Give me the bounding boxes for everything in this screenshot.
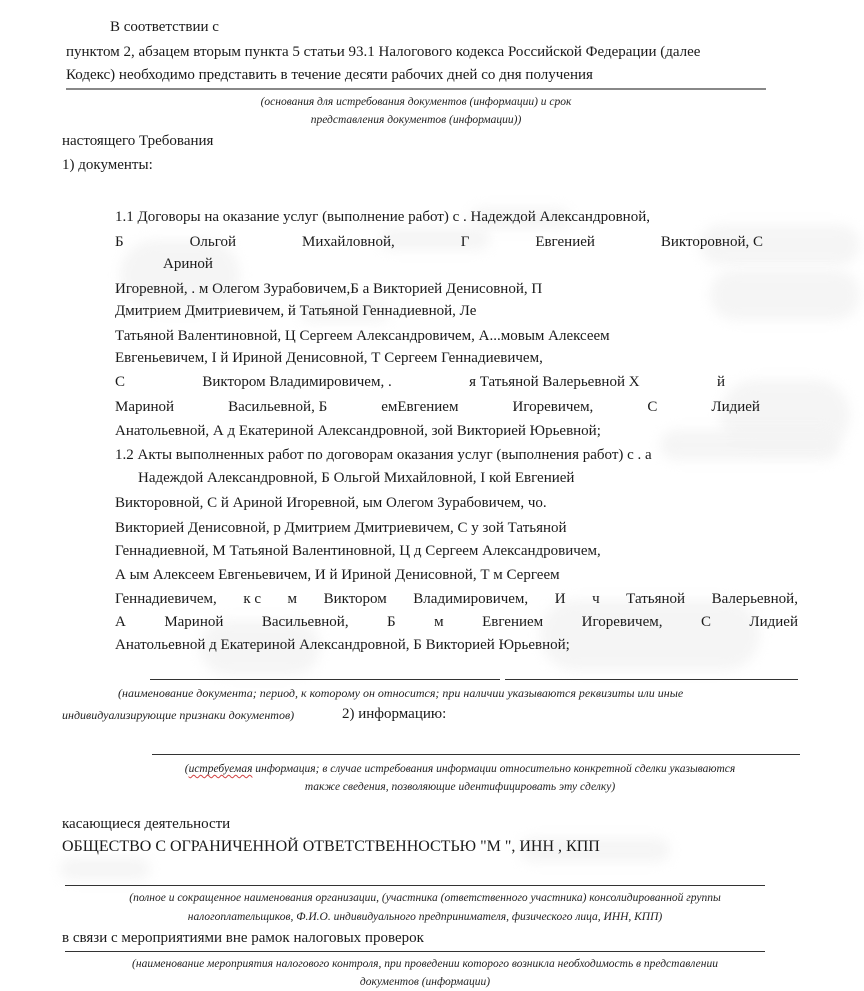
text-fragment: Виктором	[324, 590, 387, 608]
basis-caption-2: представления документов (информации))	[66, 113, 766, 127]
information-caption-1: (истребуемая информация; в случае истреб…	[130, 762, 790, 776]
item-1-1-line: Евгеньевичем, I й Ириной Денисовной, Т С…	[115, 349, 543, 367]
item-1-1-line: 1.1 Договоры на оказание услуг (выполнен…	[115, 208, 650, 226]
text-fragment: И	[555, 590, 566, 608]
intro-line-3: Кодекс) необходимо представить в течение…	[66, 66, 593, 84]
item-1-2-line-justified: Геннадиевичем, к с м Виктором Владимиров…	[115, 590, 798, 608]
item-1-2-line: Надеждой Александровной, Б Ольгой Михайл…	[138, 469, 574, 487]
text-fragment: Лидией	[711, 398, 760, 416]
text-fragment: Б	[115, 233, 124, 251]
text-fragment: к с	[243, 590, 261, 608]
text-fragment: Ольгой	[190, 233, 236, 251]
text-fragment: А	[115, 613, 126, 631]
redaction-blur	[60, 858, 150, 880]
text-fragment: Игоревичем,	[512, 398, 593, 416]
basis-caption-1: (основания для истребования документов (…	[66, 95, 766, 109]
rule-document-2	[505, 679, 798, 680]
organization-caption-2: налогоплательщиков, Ф.И.О. индивидуально…	[65, 910, 785, 924]
text-fragment: Васильевной,	[262, 613, 349, 631]
text-fragment: Викторовной, С	[661, 233, 763, 251]
text-fragment: Виктором Владимировичем, .	[202, 373, 391, 391]
text-fragment: ч	[592, 590, 600, 608]
item-1-1-line: Дмитрием Дмитриевичем, й Татьяной Геннад…	[115, 302, 476, 320]
reason-caption-1: (наименование мероприятия налогового кон…	[65, 957, 785, 971]
organization-caption-1: (полное и сокращенное наименования орган…	[65, 891, 785, 905]
redaction-blur	[540, 600, 760, 670]
item-1-1-line: Татьяной Валентиновной, Ц Сергеем Алекса…	[115, 327, 610, 345]
intro-line-1: В соответствии с	[110, 18, 219, 36]
text-fragment: й	[717, 373, 725, 391]
text-fragment: м	[434, 613, 444, 631]
text-fragment: Евгенией	[535, 233, 595, 251]
item-1-2-line: Викторовной, С й Ариной Игоревной, ым Ол…	[115, 494, 547, 512]
text-fragment: Васильевной, Б	[228, 398, 327, 416]
rule-reason	[65, 951, 765, 952]
text-fragment: Игоревичем,	[582, 613, 663, 631]
intro-line-2: пунктом 2, абзацем вторым пункта 5 стать…	[66, 43, 700, 61]
rule-organization	[65, 885, 765, 886]
text-fragment: Михайловной,	[302, 233, 395, 251]
text-fragment: Б	[387, 613, 396, 631]
text-fragment: истребуемая	[189, 763, 253, 775]
text-fragment: С	[115, 373, 125, 391]
document-caption-2: индивидуализирующие признаки документов)	[62, 708, 294, 722]
text-fragment: Лидией	[749, 613, 798, 631]
item-1-2-line: Геннадиевной, М Татьяной Валентиновной, …	[115, 542, 601, 560]
text-fragment: Владимировичем,	[413, 590, 528, 608]
text-fragment: я Татьяной Валерьевной Х	[469, 373, 639, 391]
rule-basis	[66, 88, 766, 90]
text-fragment: С	[701, 613, 711, 631]
reason-text: в связи с мероприятиями вне рамок налого…	[62, 929, 424, 947]
item-1-2-line: А ым Алексеем Евгеньевичем, И й Ириной Д…	[115, 566, 560, 584]
item-1-2-line: Викторией Денисовной, р Дмитрием Дмитрие…	[115, 519, 567, 537]
text-fragment: Мариной	[164, 613, 223, 631]
item-1-2-line-justified: А Мариной Васильевной, Б м Евгением Игор…	[115, 613, 798, 631]
text-fragment: Татьяной	[626, 590, 685, 608]
item-1-1-line-justified: Б Ольгой Михайловной, Г Евгенией Викторо…	[115, 233, 763, 251]
text-fragment: Геннадиевичем,	[115, 590, 217, 608]
text-fragment: Евгением	[482, 613, 543, 631]
rule-document-1	[150, 679, 500, 680]
intro-line-4: настоящего Требования	[62, 132, 213, 150]
text-fragment: Г	[461, 233, 470, 251]
item-1-2-line: 1.2 Акты выполненных работ по договорам …	[115, 446, 652, 464]
reason-caption-2: документов (информации)	[65, 975, 785, 989]
item-1-2-line: Анатольевной д Екатериной Александровной…	[115, 636, 570, 654]
text-fragment: С	[647, 398, 657, 416]
document-caption-1: (наименование документа; период, к котор…	[118, 686, 683, 700]
item-1-1-line: Игоревной, . м Олегом Зурабовичем,Б а Ви…	[115, 280, 542, 298]
item-1-1-line-justified: Мариной Васильевной, Б емЕвгением Игорев…	[115, 398, 760, 416]
text-fragment: м	[288, 590, 298, 608]
item-1-1-line: Анатольевной, А д Екатериной Александров…	[115, 422, 601, 440]
rule-information	[152, 754, 800, 755]
organization-name: ОБЩЕСТВО С ОГРАНИЧЕННОЙ ОТВЕТСТВЕННОСТЬЮ…	[62, 838, 600, 856]
information-label: 2) информацию:	[342, 705, 446, 723]
text-fragment: Мариной	[115, 398, 174, 416]
item-1-1-line-justified: С Виктором Владимировичем, . я Татьяной …	[115, 373, 725, 391]
documents-label: 1) документы:	[62, 156, 153, 174]
text-fragment: Валерьевной,	[712, 590, 798, 608]
text-fragment: емЕвгением	[381, 398, 458, 416]
redaction-blur	[710, 270, 860, 320]
information-caption-2: также сведения, позволяющие идентифициро…	[130, 780, 790, 794]
redaction-blur	[660, 430, 840, 460]
concerning-label: касающиеся деятельности	[62, 815, 230, 833]
item-1-1-line: Ариной	[163, 255, 213, 273]
